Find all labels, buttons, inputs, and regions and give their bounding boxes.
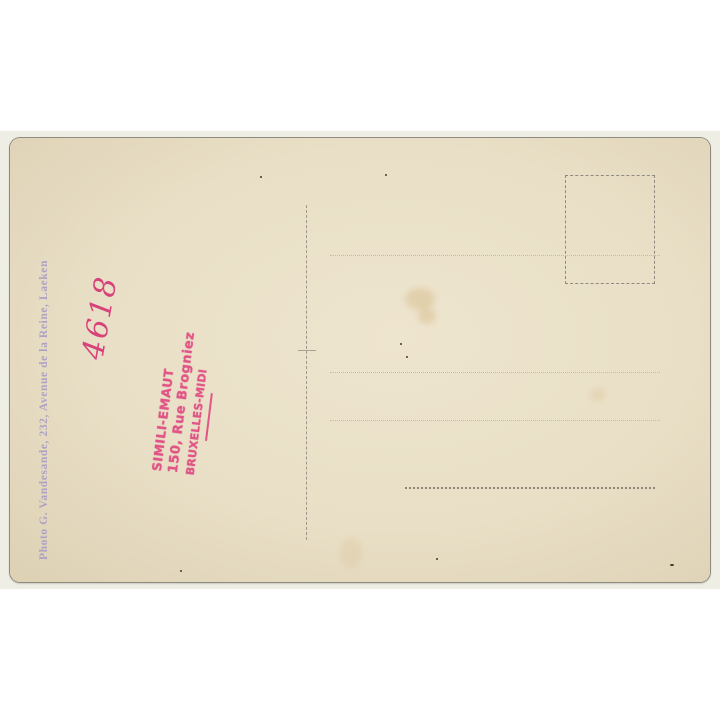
center-divider-line bbox=[306, 205, 307, 540]
address-line bbox=[330, 372, 660, 373]
publisher-imprint: Photo G. Vandesande, 232, Avenue de la R… bbox=[38, 170, 50, 560]
address-line bbox=[330, 255, 660, 256]
foxing-stain bbox=[590, 388, 606, 402]
speck bbox=[670, 564, 674, 566]
postage-stamp-box bbox=[565, 175, 655, 284]
divider-tick bbox=[298, 350, 316, 351]
foxing-stain bbox=[418, 308, 436, 324]
speck bbox=[406, 356, 408, 358]
speck bbox=[180, 570, 182, 572]
foxing-stain bbox=[405, 288, 435, 310]
speck bbox=[260, 176, 262, 178]
speck bbox=[385, 174, 387, 176]
speck bbox=[436, 558, 438, 560]
foxing-stain bbox=[340, 538, 362, 568]
address-line bbox=[405, 487, 655, 489]
speck bbox=[400, 343, 402, 345]
address-line bbox=[330, 420, 660, 421]
